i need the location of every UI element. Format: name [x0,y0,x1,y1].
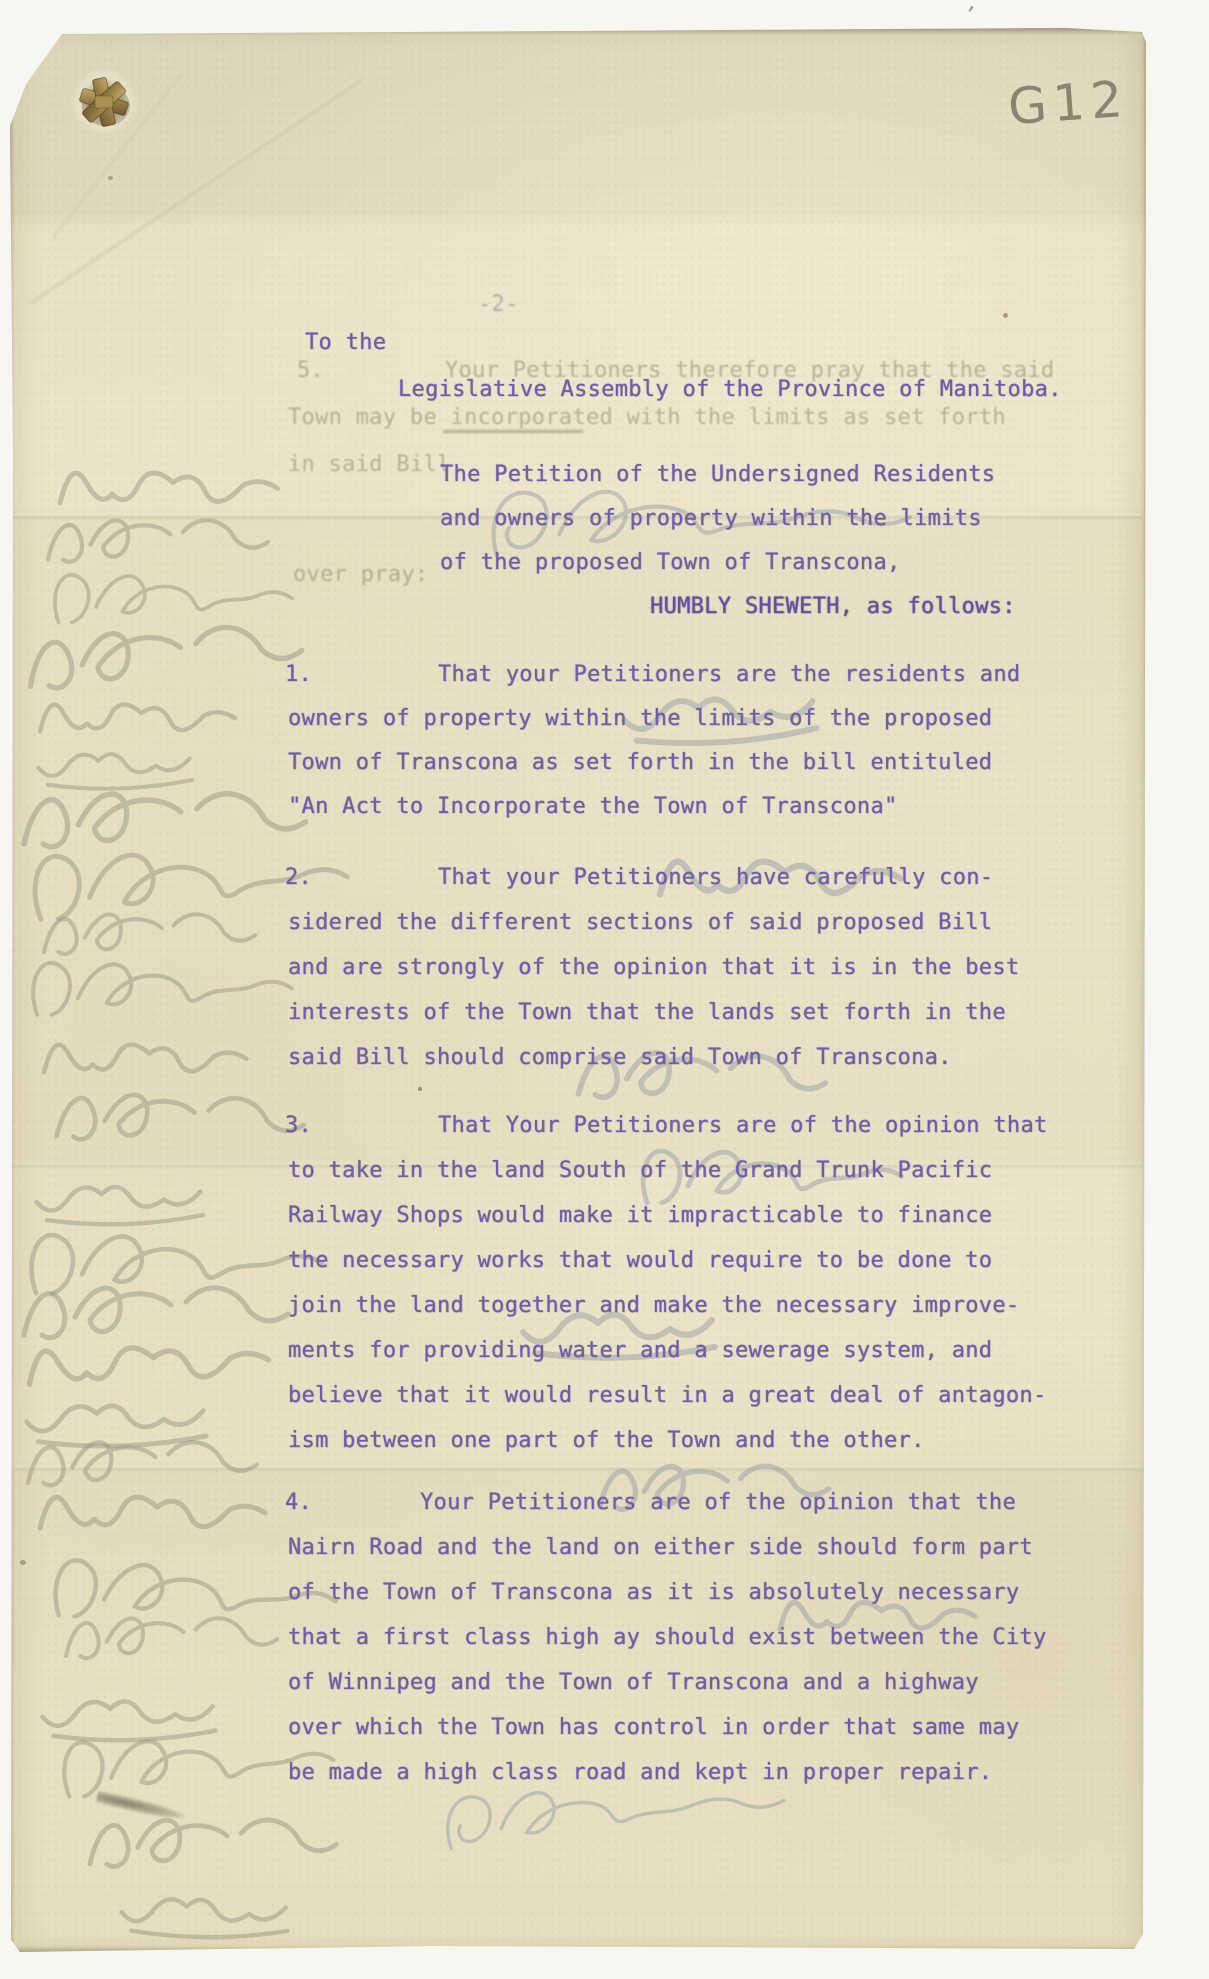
paragraph-line: "An Act to Incorporate the Town of Trans… [288,794,898,820]
paragraph-line: ments for providing water and a sewerage… [288,1338,992,1364]
paragraph-number: 1. [285,662,312,688]
sheweth-line: HUMBLY SHEWETH, as follows: [650,594,1016,620]
paragraph-line: to take in the land South of the Grand T… [288,1158,992,1184]
bleed-text-fragment: over pray: [293,562,428,588]
paragraph-line: Your Petitioners are of the opinion that… [420,1490,1016,1516]
paragraph-line: owners of property within the limits of … [288,706,992,732]
preamble-line: and owners of property within the limits [440,506,982,532]
paragraph-number: 3. [285,1113,312,1139]
bleed-text-line: in said Bill. [288,452,464,478]
stain-speck [1003,313,1008,318]
paragraph-line: Nairn Road and the land on either side s… [288,1535,1033,1561]
bleed-page-number: -2- [478,292,519,318]
paragraph-line: Railway Shops would make it impracticabl… [288,1203,992,1229]
archival-corner-mark: G12 [1006,70,1130,136]
paragraph-line: over which the Town has control in order… [288,1715,1019,1741]
paragraph-number: 2. [285,865,312,891]
bleed-paragraph-number: 5. [297,358,324,384]
stain-speck [418,1087,422,1091]
paragraph-line: and are strongly of the opinion that it … [288,955,1019,981]
paragraph-line: That Your Petitioners are of the opinion… [438,1113,1048,1139]
paragraph-line: that a first class high ay should exist … [288,1625,1047,1651]
paragraph-line: of the Town of Transcona as it is absolu… [288,1580,1019,1606]
paragraph-line: sidered the different sections of said p… [288,910,992,936]
preamble-line: of the proposed Town of Transcona, [440,550,901,576]
paragraph-line: be made a high class road and kept in pr… [288,1760,992,1786]
preamble-line: The Petition of the Undersigned Resident… [440,462,995,488]
brass-fastener-icon [76,74,132,130]
bleed-signatures-note: illegible pencil signatures showing thro… [0,0,1,1]
paragraph-line: believe that it would result in a great … [288,1383,1047,1409]
paragraph-line: join the land together and make the nece… [288,1293,1019,1319]
paragraph-line: That your Petitioners are the residents … [438,662,1020,688]
paragraph-line: That your Petitioners have carefully con… [438,865,993,891]
paragraph-line: of Winnipeg and the Town of Transcona an… [288,1670,979,1696]
scanned-document: -2- 5. Your Petitioners therefore pray t… [0,0,1209,1979]
paragraph-line: interests of the Town that the lands set… [288,1000,1006,1026]
paragraph-line: said Bill should comprise said Town of T… [288,1045,952,1071]
stain-speck [20,1560,26,1565]
margin-pencil-tick: ’ [960,1,979,28]
petition-page [10,28,1146,1952]
bleed-text-line: Town may be incorporated with the limits… [288,405,1006,431]
paragraph-number: 4. [285,1490,312,1516]
salutation-line: To the [305,330,386,356]
bleed-underline [443,430,583,433]
paragraph-line: the necessary works that would require t… [288,1248,992,1274]
stain-speck [108,176,113,180]
paragraph-line: ism between one part of the Town and the… [288,1428,925,1454]
paragraph-line: Town of Transcona as set forth in the bi… [288,750,992,776]
salutation-line: Legislative Assembly of the Province of … [398,377,1062,403]
